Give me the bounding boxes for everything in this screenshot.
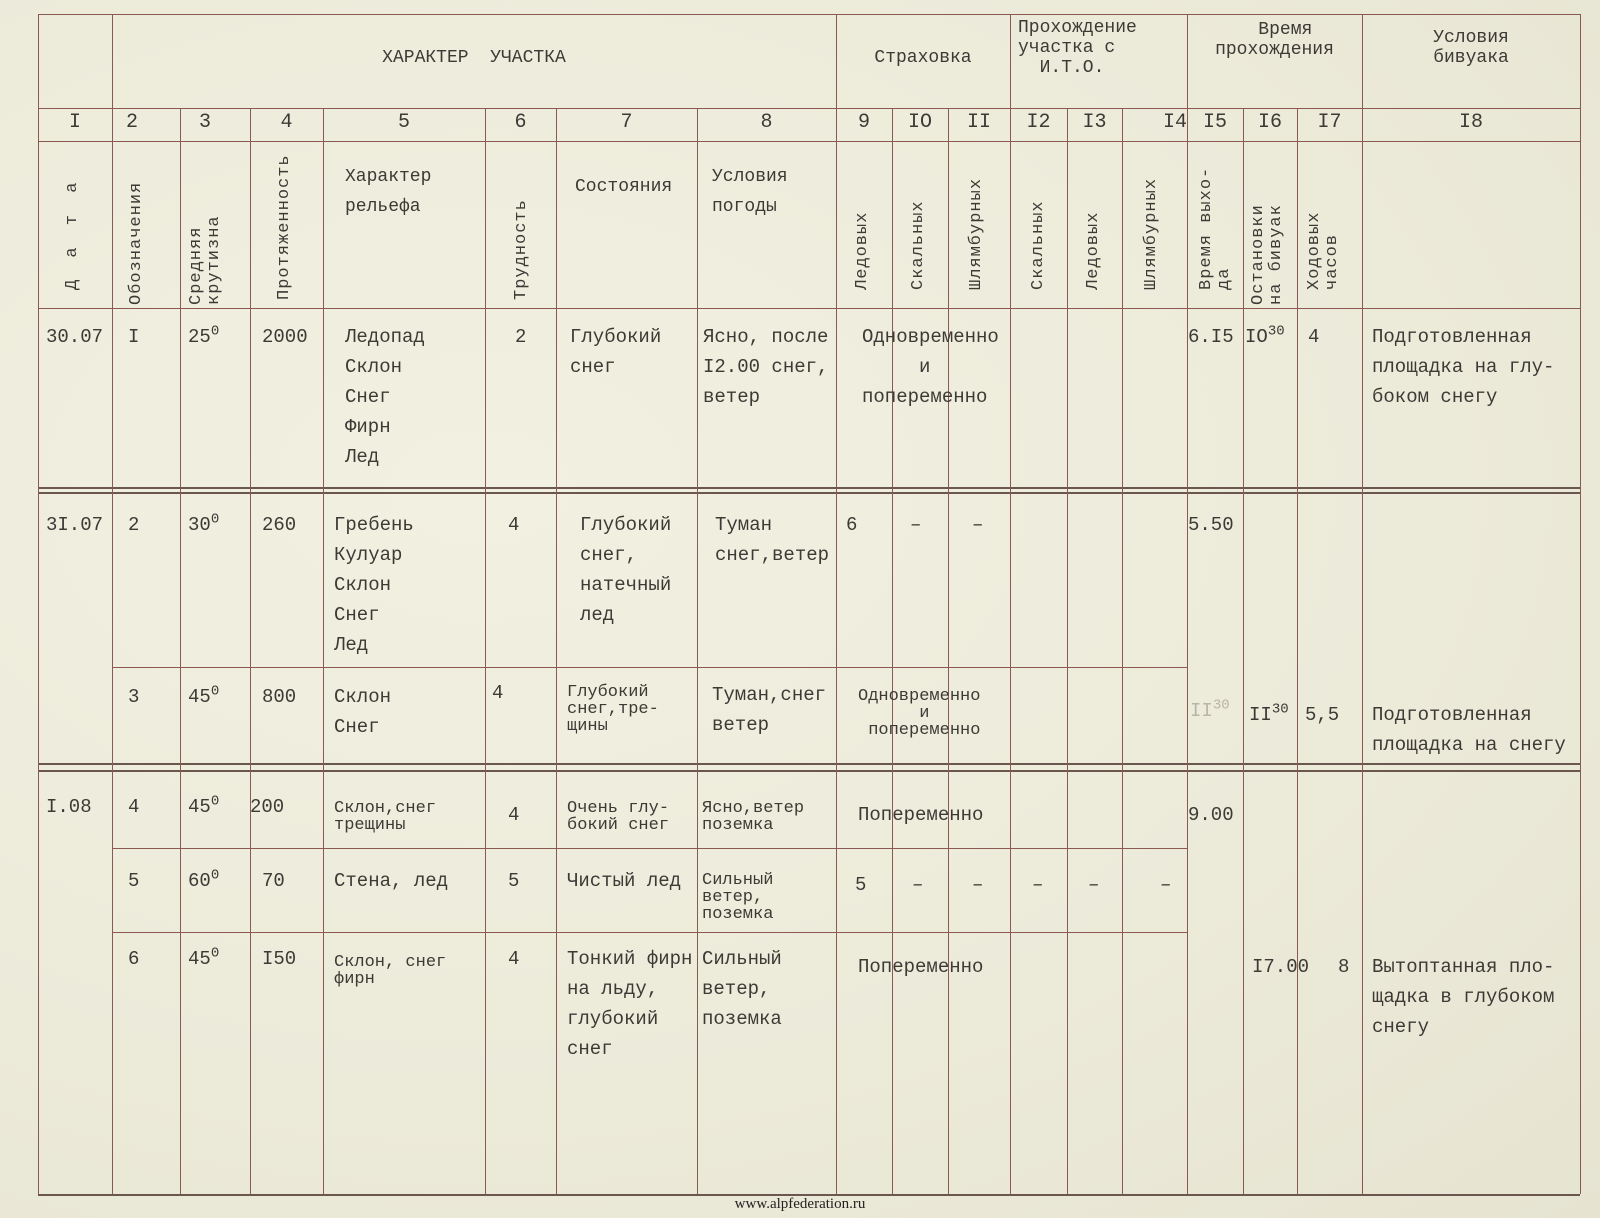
row1-belay: Одновременно и попеременно	[862, 322, 999, 412]
row1-slope: 250	[188, 322, 219, 352]
col-number-13: I3	[1067, 108, 1122, 138]
col-number-10: IO	[892, 108, 948, 138]
col-border-11	[1010, 14, 1011, 1194]
col-number-9: 9	[836, 108, 892, 138]
col-number-1: I	[38, 108, 112, 138]
row4-slope: 450	[188, 792, 219, 822]
row2-belay-bolt: –	[972, 510, 983, 540]
row5-belay-ice: 5	[855, 870, 866, 900]
row1-stop: IO30	[1245, 322, 1285, 352]
row4-mark: 4	[128, 792, 139, 822]
day1-end-rule-2	[38, 492, 1580, 494]
day2-end-rule	[38, 763, 1580, 765]
row5-belay-bolt: –	[972, 870, 983, 900]
group-header-time: Время прохождения	[1187, 20, 1362, 60]
watermark-link[interactable]: www.alpfederation.ru	[0, 1196, 1600, 1213]
col-number-15: I5	[1187, 108, 1243, 138]
row1-weather: Ясно, после I2.00 снег, ветер	[703, 322, 828, 412]
col-header-ito-ice: Ледовых	[1085, 212, 1103, 290]
row2-date: 3I.07	[46, 510, 103, 540]
row5-condition: Чистый лед	[567, 866, 681, 896]
row2-start: 5.50	[1188, 510, 1234, 540]
col-number-12: I2	[1010, 108, 1067, 138]
day2-end-rule-2	[38, 770, 1580, 772]
row2-row3-rule	[112, 667, 1187, 668]
col-number-11: II	[948, 108, 1010, 138]
col-number-18: I8	[1362, 108, 1580, 138]
col-number-14: I4	[1122, 108, 1187, 138]
row5-weather: Сильный ветер, поземка	[702, 872, 773, 923]
document-page: ХАРАКТЕР УЧАСТКА Страховка Прохождение у…	[0, 0, 1600, 1218]
row6-hours: 8	[1338, 952, 1349, 982]
row2-relief: Гребень Кулуар Склон Снег Лед	[334, 510, 414, 660]
row3-difficulty: 4	[492, 678, 503, 708]
row2-slope: 300	[188, 510, 219, 540]
row3-length: 800	[262, 682, 296, 712]
row6-stop: I7.00	[1252, 952, 1309, 982]
row3-mark: 3	[128, 682, 139, 712]
row3-relief: Склон Снег	[334, 682, 391, 742]
col-header-start-time: Время выхо- да	[1198, 167, 1234, 290]
row5-ito-bolt: –	[1160, 870, 1171, 900]
col-header-difficulty: Трудность	[513, 199, 531, 300]
row5-mark: 5	[128, 866, 139, 896]
row5-relief: Стена, лед	[334, 866, 448, 896]
row4-row5-rule	[112, 848, 1187, 849]
row1-mark: I	[128, 322, 139, 352]
col-border-7	[697, 108, 698, 1194]
col-header-belay-bolt: Шлямбурных	[968, 178, 986, 290]
row3-slope: 450	[188, 682, 219, 712]
col-header-walking-hours: Ходовых часов	[1306, 212, 1342, 290]
row2-mark: 2	[128, 510, 139, 540]
table-top-rule	[38, 14, 1580, 15]
row4-weather: Ясно,ветер поземка	[702, 800, 804, 834]
group-header-section: ХАРАКТЕР УЧАСТКА	[112, 48, 836, 68]
row3-weather: Туман,снег ветер	[712, 680, 826, 740]
row3-belay: Одновременно и попеременно	[858, 688, 980, 739]
col-number-4: 4	[250, 108, 323, 138]
row1-bivouac: Подготовленная площадка на глу- боком сн…	[1372, 322, 1554, 412]
row1-difficulty: 2	[515, 322, 526, 352]
row5-slope: 600	[188, 866, 219, 896]
col-border-16	[1297, 108, 1298, 1194]
row5-row6-rule	[112, 932, 1187, 933]
row6-condition: Тонкий фирн на льду, глубокий снег	[567, 944, 692, 1064]
col-header-slope: Средняя крутизна	[188, 215, 224, 305]
row1-start: 6.I5	[1188, 322, 1234, 352]
col-header-ito-bolt: Шлямбурных	[1143, 178, 1161, 290]
row4-relief: Склон,снег трещины	[334, 800, 436, 834]
col-border-17	[1362, 14, 1363, 1194]
col-border-4	[323, 108, 324, 1194]
row6-belay: Попеременно	[858, 952, 983, 982]
row3-stop: II30	[1249, 700, 1289, 730]
col-border-12	[1067, 108, 1068, 1194]
row2-weather: Туман снег,ветер	[715, 510, 829, 570]
col-border-1	[112, 14, 113, 1194]
row5-difficulty: 5	[508, 866, 519, 896]
row4-date: I.08	[46, 792, 92, 822]
row3-start-faded: II30	[1190, 696, 1230, 726]
col-header-date: Д а т а	[64, 177, 82, 290]
col-border-8	[836, 14, 837, 1194]
row6-weather: Сильный ветер, поземка	[702, 944, 782, 1034]
col-header-belay-rock: Скальных	[910, 200, 928, 290]
col-header-mark: Обозначения	[128, 182, 146, 305]
row3-condition: Глубокий снег,тре- щины	[567, 684, 659, 735]
row2-difficulty: 4	[508, 510, 519, 540]
row5-belay-rock: –	[912, 870, 923, 900]
col-border-3	[250, 108, 251, 1194]
row5-length: 70	[262, 866, 285, 896]
row4-condition: Очень глу- бокий снег	[567, 800, 669, 834]
col-number-5: 5	[323, 108, 485, 138]
row2-belay-ice: 6	[846, 510, 857, 540]
col-header-weather: Условия погоды	[712, 162, 788, 222]
row2-condition: Глубокий снег, натечный лед	[580, 510, 671, 630]
row6-relief: Склон, снег фирн	[334, 954, 446, 988]
col-header-stop-bivouac: Остановки на бивуак	[1250, 204, 1286, 305]
col-number-3: 3	[180, 108, 230, 138]
row6-bivouac: Вытоптанная пло- щадка в глубоком снегу	[1372, 952, 1554, 1042]
header-bottom-rule	[38, 308, 1580, 309]
row4-belay: Попеременно	[858, 800, 983, 830]
group-header-ito: Прохождение участка с И.Т.О.	[1018, 18, 1178, 78]
row1-length: 2000	[262, 322, 308, 352]
col-number-2: 2	[112, 108, 152, 138]
row4-length: 200	[250, 792, 284, 822]
row3-bivouac: Подготовленная площадка на снегу	[1372, 700, 1566, 760]
row4-start: 9.00	[1188, 800, 1234, 830]
col-header-relief: Характер рельефа	[345, 162, 431, 222]
row6-mark: 6	[128, 944, 139, 974]
col-border-5	[485, 108, 486, 1194]
row1-date: 30.07	[46, 322, 103, 352]
col-border-15	[1243, 108, 1244, 1194]
day1-end-rule	[38, 487, 1580, 489]
row3-hours: 5,5	[1305, 700, 1339, 730]
col-border-2	[180, 108, 181, 1194]
col-number-7: 7	[556, 108, 697, 138]
col-border-14	[1187, 14, 1188, 1194]
row1-hours: 4	[1308, 322, 1319, 352]
row2-belay-rock: –	[910, 510, 921, 540]
row5-ito-rock: –	[1032, 870, 1043, 900]
row1-relief: Ледопад Склон Снег Фирн Лед	[345, 322, 425, 472]
col-border-6	[556, 108, 557, 1194]
row1-condition: Глубокий снег	[570, 322, 661, 382]
col-number-8: 8	[697, 108, 836, 138]
col-header-length: Протяженность	[276, 154, 294, 300]
row4-difficulty: 4	[508, 800, 519, 830]
col-header-condition: Состояния	[575, 172, 672, 202]
col-number-6: 6	[485, 108, 556, 138]
group-header-belay: Страховка	[836, 48, 1010, 68]
col-border-10	[948, 108, 949, 1194]
col-header-ito-rock: Скальных	[1030, 200, 1048, 290]
row2-length: 260	[262, 510, 296, 540]
group-header-bivouac: Условия бивуака	[1362, 28, 1580, 68]
row5-ito-ice: –	[1088, 870, 1099, 900]
col-border-9	[892, 108, 893, 1194]
row6-difficulty: 4	[508, 944, 519, 974]
col-number-16: I6	[1243, 108, 1297, 138]
col-border-left	[38, 14, 39, 1194]
col-header-belay-ice: Ледовых	[854, 212, 872, 290]
col-border-right	[1580, 14, 1581, 1194]
row6-slope: 450	[188, 944, 219, 974]
col-border-13	[1122, 108, 1123, 1194]
col-number-17: I7	[1297, 108, 1362, 138]
number-row-bottom-rule	[38, 141, 1580, 142]
row6-length: I50	[262, 944, 296, 974]
